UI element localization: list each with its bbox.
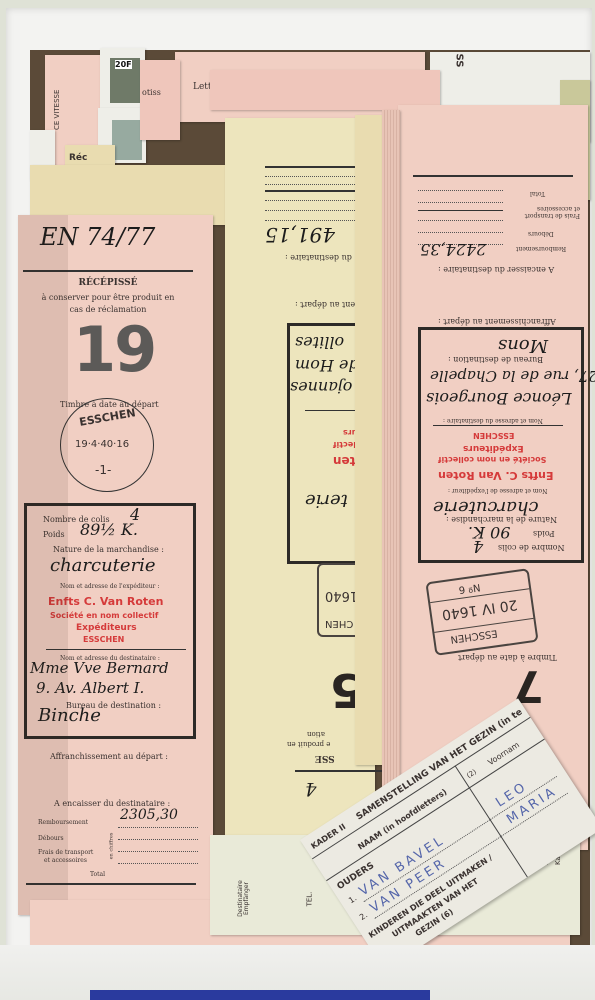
sender-line4: ESSCHEN <box>473 431 514 440</box>
destinataire-line2: 27, rue de la Chapelle <box>430 367 595 385</box>
ticket-text: Réc <box>69 153 87 163</box>
row2-number: 2. <box>358 910 369 922</box>
row1-number: 1. <box>347 894 358 906</box>
sender-line3: Expéditeurs <box>463 443 524 453</box>
col-voornaam-header: Voornam <box>486 740 521 767</box>
destination-fragment: ollites <box>295 333 344 352</box>
name-fragment: ojannes <box>290 378 352 397</box>
stamp-number: Nº 6 <box>458 581 481 595</box>
recepisse-fragment: SSE <box>315 753 335 763</box>
frais-label: Frais de transport et accessoires <box>520 205 580 219</box>
ticket-text: CE VITESSE <box>53 90 61 130</box>
debours-label: Débours <box>528 230 554 237</box>
stamp-date: 20 IV 1640 <box>441 596 519 622</box>
middle-amount: 491,15 <box>265 223 335 247</box>
produit-fragment: e produit en <box>287 740 330 748</box>
top-ticket-stamp: 20F <box>100 48 145 108</box>
sender-name: Enfts C. Van Roten <box>438 469 553 482</box>
right-stamp: Nº 6 20 IV 1640 ESSCHEN <box>425 568 538 656</box>
postmark-office: -1- <box>95 463 111 477</box>
encaisser-fragment: du destinataire : <box>285 253 352 262</box>
stamp-town: ESSCHEN <box>450 627 498 644</box>
destinataire-line1: Léonce Bourgeois <box>426 389 572 408</box>
sender-firm: C. Van Roten <box>438 469 518 482</box>
col-marker: (2) <box>465 768 478 780</box>
destinataire-label: Nom et adresse du destinataire : <box>443 417 543 424</box>
hand-fragment: 4 <box>305 778 316 799</box>
affranchissement-label: Affranchissement au départ : <box>438 317 556 326</box>
tel-label: TEL. <box>305 892 313 907</box>
receipt-number: 19 <box>73 313 155 386</box>
reclamation-fragment: ation <box>307 730 325 738</box>
encaisser-label: A encaisser du destinataire : <box>438 265 554 274</box>
expediteur-label: Nom et adresse de l'expéditeur : <box>60 583 159 590</box>
bureau-value: Mons <box>498 335 548 356</box>
poids-value: 89½ K. <box>80 520 138 539</box>
colis-label: Nombre de colis <box>498 543 565 552</box>
stamp-date-fragment: 1640 <box>325 588 358 603</box>
top-ticket-pink-2: otiss <box>140 60 180 140</box>
total-label: Total <box>530 190 545 197</box>
postmark-date: 19·4·40·16 <box>75 439 129 450</box>
sender-line2: Société en nom collectif <box>438 455 546 464</box>
slip-edges <box>382 110 400 810</box>
line-fragment: de Hom <box>295 356 359 375</box>
expediteur-label: Nom et adresse de l'expéditeur : <box>448 487 547 494</box>
nature-fragment: terie <box>305 490 348 511</box>
blue-strip <box>90 990 430 1000</box>
form-label: Empfänger <box>243 882 250 915</box>
bureau-label: Bureau de destination : <box>448 355 543 364</box>
postmark-town: ESSCHEN <box>78 406 136 429</box>
poids-label: Poids <box>533 529 555 538</box>
remboursement-value: 2305,30 <box>120 807 178 823</box>
nature-label: Nature de la marchandise : <box>53 545 164 554</box>
total-label: Total <box>90 871 105 878</box>
postmark-circle: ESSCHEN 19·4·40·16 -1- <box>60 398 154 492</box>
sender-prefix: Enfts <box>522 469 554 482</box>
slip-stack-middle-top <box>210 70 440 110</box>
sender-firm: C. Van Roten <box>84 595 164 608</box>
ticket-text: otiss <box>142 88 161 97</box>
middle-receipt-slip: 491,15 du destinataire : ent au départ :… <box>225 118 375 868</box>
sender-line3: Expéditeurs <box>76 623 137 633</box>
remboursement-label: Remboursement <box>516 245 566 252</box>
sender-line4: ESSCHEN <box>83 635 124 644</box>
shadow-band <box>18 215 68 915</box>
affranchissement-fragment: ent au départ : <box>295 300 355 309</box>
stamp-town-fragment: CHEN <box>325 618 353 629</box>
en-chiffres-label: en chiffres <box>108 833 114 860</box>
ticket-text: SS <box>453 54 464 68</box>
colis-value: 4 <box>473 537 483 556</box>
right-amount: 2424,35 <box>420 240 486 259</box>
stamp-value: 20F <box>115 60 132 69</box>
